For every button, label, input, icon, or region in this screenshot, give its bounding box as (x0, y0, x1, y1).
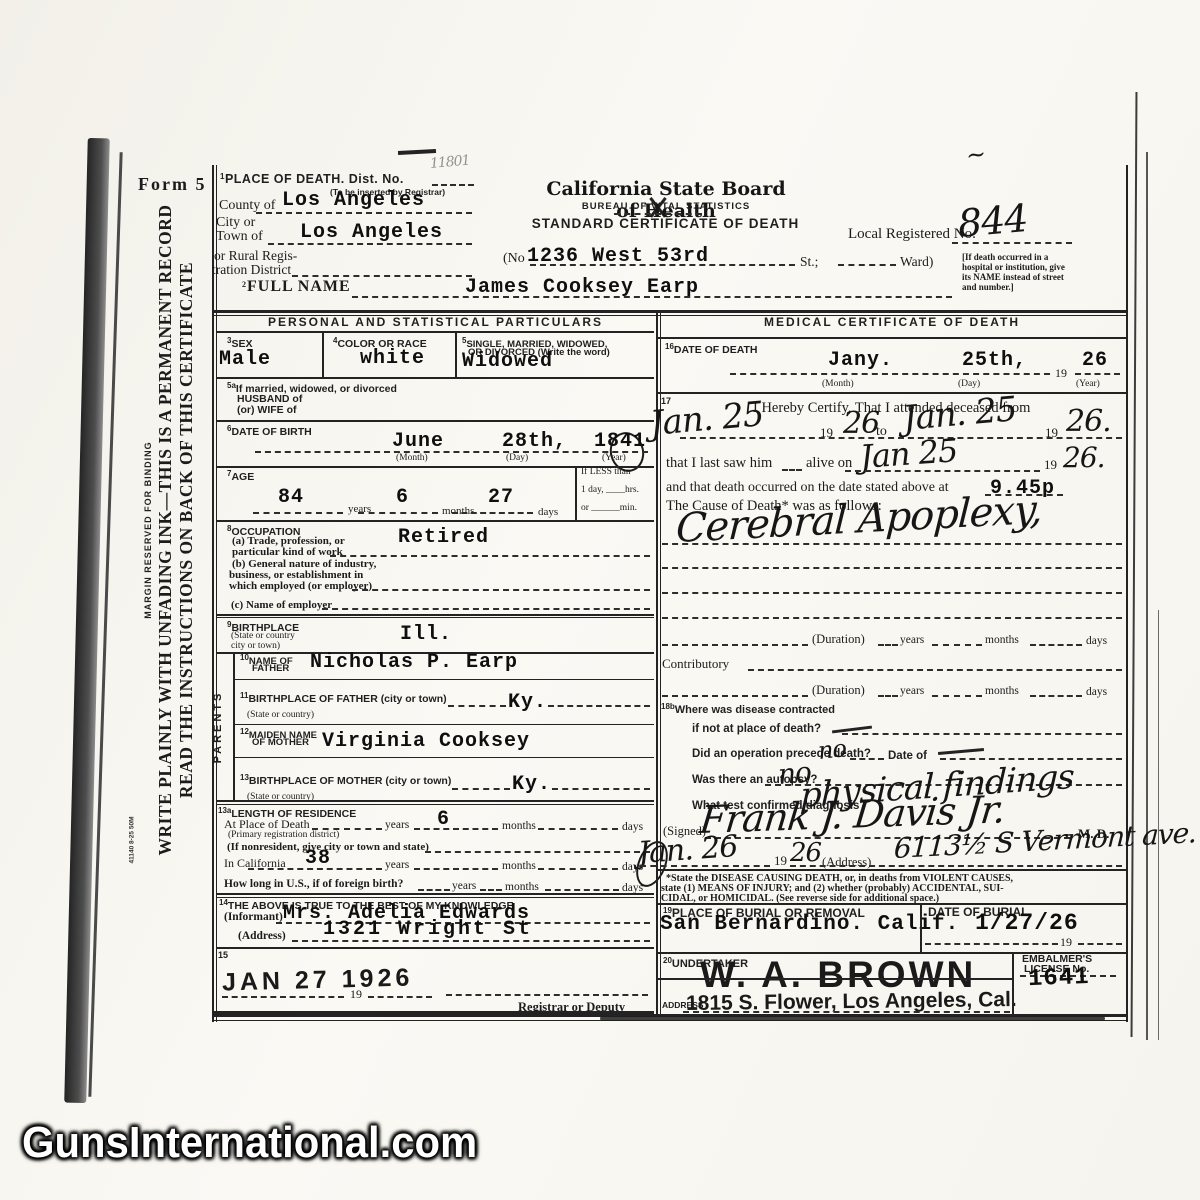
residence-cal-years-label: years (385, 859, 409, 871)
filed-year-prefix: 19 (350, 987, 362, 1002)
cell-divider (575, 466, 577, 520)
dotted-line (538, 828, 618, 830)
operation-value: no (817, 734, 848, 765)
father-birthplace-label: 11BIRTHPLACE OF FATHER (city or town) (240, 691, 447, 705)
occupation-a-label2: particular kind of work (232, 546, 343, 558)
dotted-line (448, 705, 506, 707)
dotted-line (414, 828, 498, 830)
label-text: DATE OF DEATH (674, 344, 758, 356)
sex-value: Male (219, 348, 271, 371)
signature-year-value: 26 (790, 838, 821, 868)
scan-top-mark (398, 149, 436, 155)
dotted-line (932, 644, 982, 646)
parents-label: PARENTS (212, 667, 230, 787)
label-text: Where was disease contracted (675, 704, 835, 716)
date-of-burial-value: 1/27/26 (975, 910, 1079, 936)
dotted-line (842, 733, 1122, 735)
age-months-value: 6 (396, 486, 409, 509)
dotted-line (790, 865, 1122, 867)
informant-address-value: 1321 Wright St (323, 918, 533, 941)
label-text: AGE (231, 471, 254, 483)
not-at-place-label: if not at place of death? (692, 723, 821, 735)
to-year-prefix: 19 (1045, 425, 1058, 441)
dotted-line (256, 212, 472, 214)
place-of-burial-value: San Bernardino. Calif. (660, 913, 959, 936)
dotted-line (222, 996, 344, 998)
margin-instructions: MARGIN RESERVED FOR BINDING WRITE PLAINL… (140, 145, 200, 915)
dotted-line (446, 994, 648, 996)
dotted-line (432, 184, 474, 186)
dotted-line (292, 940, 650, 942)
dotted-line (1078, 943, 1122, 945)
form-border-left (212, 165, 214, 1022)
hospital-note-line4: and number.] (962, 282, 1014, 292)
birthplace-sub2: city or town) (231, 641, 280, 651)
dotted-line (662, 644, 808, 646)
hospital-note-line1: [If death occurred in a (962, 252, 1048, 262)
dotted-line (414, 868, 498, 870)
dob-sub-day: (Day) (506, 453, 528, 463)
burial-year-prefix: 19 (1060, 935, 1072, 950)
field-number: 5a (227, 381, 236, 390)
margin-binding-note: MARGIN RESERVED FOR BINDING (143, 441, 153, 618)
dotted-line (552, 788, 650, 790)
dotted-line (538, 868, 618, 870)
bottom-smear (600, 1016, 1105, 1021)
field-number: 18b (661, 702, 675, 711)
dotted-line (330, 555, 650, 557)
field-number: 12 (240, 727, 249, 736)
color-race-value: white (360, 347, 425, 370)
bureau-subtitle: BUREAU OF VITAL STATISTICS (546, 201, 786, 212)
father-birthplace-value: Ky. (508, 691, 547, 714)
dob-sub-year: (Year) (602, 453, 626, 463)
filed-date-stamp: JAN 27 1926 (222, 964, 414, 998)
signature-year-prefix: 19 (774, 853, 787, 869)
residence-primary-note: (Primary registration district) (228, 830, 339, 840)
dotted-line (878, 695, 898, 697)
residence-us-months-label: months (505, 881, 539, 893)
field-number: 14 (219, 898, 228, 907)
city-value: Los Angeles (300, 221, 443, 244)
mother-name-label2: OF MOTHER (252, 737, 309, 748)
rule-line (217, 804, 654, 805)
dotted-line (952, 242, 1072, 244)
occupation-c-label: (c) Name of employer (231, 599, 332, 611)
dotted-line (683, 1011, 1010, 1013)
dotted-line (248, 868, 382, 870)
heavy-rule (214, 1011, 654, 1014)
dod-month-value: Jany. (828, 349, 893, 372)
dotted-line (925, 943, 1058, 945)
dotted-line (640, 865, 770, 867)
dotted-line (268, 243, 472, 245)
dotted-line (662, 617, 1122, 619)
dotted-line (548, 705, 650, 707)
duration2-label: (Duration) (812, 683, 865, 698)
age-label: 7AGE (227, 469, 254, 483)
dotted-line (662, 695, 808, 697)
dod-sub-day: (Day) (958, 379, 980, 389)
duration2-months-label: months (985, 685, 1019, 697)
age-years-value: 84 (278, 486, 304, 509)
margin-write-plainly: WRITE PLAINLY WITH UNFADING INK—THIS IS … (155, 205, 176, 856)
occupation-value: Retired (398, 526, 489, 549)
operation-date-label: Date of (888, 750, 927, 762)
scan-edge-line (1146, 152, 1148, 1040)
informant-address-label: (Address) (238, 930, 286, 942)
rule-line (217, 800, 654, 802)
contributory-label: Contributory (662, 656, 729, 672)
rule-line (658, 978, 1012, 980)
residence-california-value: 38 (305, 847, 331, 870)
rule-line (233, 757, 654, 758)
age-less-label3: or ______min. (581, 503, 637, 513)
dotted-line (748, 669, 1122, 671)
occupation-b-label3: which employed (or employer) (229, 580, 372, 592)
mother-name-value: Virginia Cooksey (322, 730, 530, 753)
residence-us-years-label: years (452, 880, 476, 892)
embalmer-license-value: 1641 (1028, 964, 1091, 993)
dotted-line (838, 264, 896, 266)
alive-year-value: 26. (1063, 441, 1105, 474)
field-number: 16 (665, 342, 674, 351)
dotted-line (878, 644, 898, 646)
field-number: 10 (240, 653, 249, 662)
scan-edge-line (1131, 92, 1138, 1037)
cell-divider (1012, 952, 1014, 1016)
age-less-label2: 1 day, ____hrs. (581, 485, 639, 495)
residence-days-label: days (622, 821, 643, 833)
field-number: 13 (240, 773, 249, 782)
filed-field-number: 15 (218, 950, 228, 960)
residence-cal-months-label: months (502, 860, 536, 872)
dod-day-value: 25th, (962, 349, 1027, 372)
duration-label: (Duration) (812, 632, 865, 647)
certify-line2a: that I last saw him (666, 455, 772, 472)
dotted-line (545, 889, 619, 891)
full-name-label: 2FULL NAME (242, 278, 351, 296)
rule-line (217, 893, 654, 895)
street-st-label: St.; (800, 254, 818, 270)
dotted-line (322, 608, 650, 610)
rule-line (233, 724, 654, 725)
rule-line (658, 869, 1126, 871)
rural-label2: tration District (212, 262, 291, 278)
dotted-line (850, 758, 884, 760)
cell-divider (920, 903, 922, 952)
informant-label: (Informant) (224, 911, 283, 923)
cell-divider (455, 331, 457, 377)
watermark: GunsInternational.com (22, 1118, 477, 1168)
county-value: Los Angeles (282, 189, 425, 212)
father-name-label2: FATHER (252, 663, 289, 674)
label-text: BIRTHPLACE OF FATHER (city or town) (248, 693, 446, 705)
field-number: 13a (218, 806, 231, 815)
dotted-line (292, 275, 472, 277)
dotted-line (782, 469, 802, 471)
residence-us-label: How long in U.S., if of foreign birth? (224, 878, 403, 890)
full-name-value: James Cooksey Earp (465, 276, 699, 299)
label-text: DATE OF BIRTH (231, 426, 311, 438)
date-of-birth-label: 6DATE OF BIRTH (227, 424, 312, 438)
medical-section-title: MEDICAL CERTIFICATE OF DEATH (658, 315, 1126, 329)
dotted-line (352, 589, 650, 591)
from-year-prefix: 19 (820, 425, 833, 441)
dob-year-value: 1841 (594, 430, 646, 453)
dotted-line (358, 512, 438, 514)
label-text: PLACE OF DEATH. Dist. No. (225, 172, 404, 186)
duration2-days-label: days (1086, 686, 1107, 698)
place-of-death-label: 1PLACE OF DEATH. Dist. No. (220, 172, 404, 186)
rule-line (658, 903, 1126, 905)
dotted-line (1030, 644, 1082, 646)
rule-line (217, 331, 654, 333)
dotted-line (530, 264, 795, 266)
rule-line (658, 392, 1126, 394)
dotted-line (452, 788, 510, 790)
dob-month-value: June (392, 430, 444, 453)
cell-divider (322, 331, 324, 377)
field-number: 20 (663, 956, 672, 965)
ward-label: Ward) (900, 254, 933, 270)
dob-day-value: 28th, (502, 430, 567, 453)
parents-strip-divider (233, 652, 235, 802)
standard-title: STANDARD CERTIFICATE OF DEATH (523, 216, 808, 231)
disease-contracted-label: 18bWhere was disease contracted (661, 702, 835, 716)
street-open-paren: (No (503, 251, 525, 267)
father-name-value: Nicholas P. Earp (310, 651, 518, 674)
dod-sub-month: (Month) (822, 379, 854, 389)
hospital-note-line3: its NAME instead of street (962, 272, 1064, 282)
rule-line (217, 617, 654, 618)
form-border-right (1126, 165, 1128, 1022)
dotted-line (253, 512, 343, 514)
dotted-line (662, 543, 1122, 545)
dotted-line (425, 851, 650, 853)
birthplace-sub1: (State or country (231, 631, 295, 641)
dotted-line (1075, 373, 1120, 375)
dotted-line (452, 512, 533, 514)
to-year-value: 26. (1066, 404, 1111, 439)
dotted-line (662, 592, 1122, 594)
age-days-value: 27 (488, 486, 514, 509)
dotted-line (1030, 695, 1082, 697)
dob-sub-month: (Month) (396, 453, 428, 463)
hospital-note-line2: hospital or institution, give (962, 262, 1065, 272)
alive-year-prefix: 19 (1044, 457, 1057, 473)
print-code: 41140 8-25 50M (129, 792, 136, 864)
mother-birthplace-value: Ky. (512, 773, 551, 796)
dotted-line (730, 373, 1050, 375)
label-text: FULL NAME (247, 278, 351, 295)
residence-years-label: years (385, 819, 409, 831)
marital-value: Widowed (462, 350, 553, 373)
dotted-line (932, 695, 982, 697)
pen-tilde-mark: ~ (964, 139, 987, 169)
rule-line (217, 420, 654, 422)
label-text: BIRTHPLACE OF MOTHER (city or town) (249, 775, 451, 787)
duration-months-label: months (985, 634, 1019, 646)
dotted-line (662, 567, 1122, 569)
duration-years-label: years (900, 634, 924, 646)
dotted-line (614, 213, 702, 215)
age-days-label: days (538, 506, 558, 518)
personal-section-title: PERSONAL AND STATISTICAL PARTICULARS (217, 315, 654, 329)
dotted-line (418, 889, 450, 891)
rule-line (217, 377, 654, 379)
margin-read-instructions: READ THE INSTRUCTIONS ON BACK OF THIS CE… (176, 262, 197, 798)
dod-sub-year: (Year) (1076, 379, 1100, 389)
mother-birthplace-label: 13BIRTHPLACE OF MOTHER (city or town) (240, 773, 451, 787)
dod-year-prefix: 19 (1055, 366, 1067, 381)
age-months-label: months (442, 505, 474, 517)
rule-line (217, 520, 654, 522)
father-birthplace-sub: (State or country) (247, 710, 314, 720)
dotted-line (845, 470, 1040, 472)
binding-shadow-strip (64, 138, 110, 1103)
dotted-line (255, 451, 648, 453)
local-registered-value: 844 (956, 196, 1029, 246)
signature-address-label: (Address) (822, 855, 871, 870)
age-less-label1: If LESS than (581, 467, 631, 477)
header-divider-top (212, 310, 1128, 313)
dod-year-value: 26 (1082, 349, 1108, 372)
duration2-years-label: years (900, 685, 924, 697)
birthplace-value: Ill. (400, 623, 452, 646)
dotted-line (480, 889, 502, 891)
local-registered-label: Local Registered No. (848, 226, 976, 243)
dotted-line (368, 996, 432, 998)
spouse-wife-label: (or) WIFE of (237, 404, 296, 416)
rule-line (658, 337, 1126, 339)
city-label2: Town of (216, 229, 263, 245)
rule-line (217, 947, 654, 949)
rule-line (217, 614, 654, 616)
rule-line (233, 679, 654, 680)
faint-number: 11801 (429, 153, 470, 172)
pen-dash-mark (938, 748, 984, 755)
date-of-death-label: 16DATE OF DEATH (665, 342, 758, 356)
from-year-value: 26 (843, 406, 879, 441)
duration-days-label: days (1086, 635, 1107, 647)
death-certificate-scan: ~ 11801 Form 5 MARGIN RESERVED FOR BINDI… (0, 0, 1200, 1200)
residence-months-label: months (502, 820, 536, 832)
attended-to-value: Jan. 25 (901, 389, 1018, 439)
